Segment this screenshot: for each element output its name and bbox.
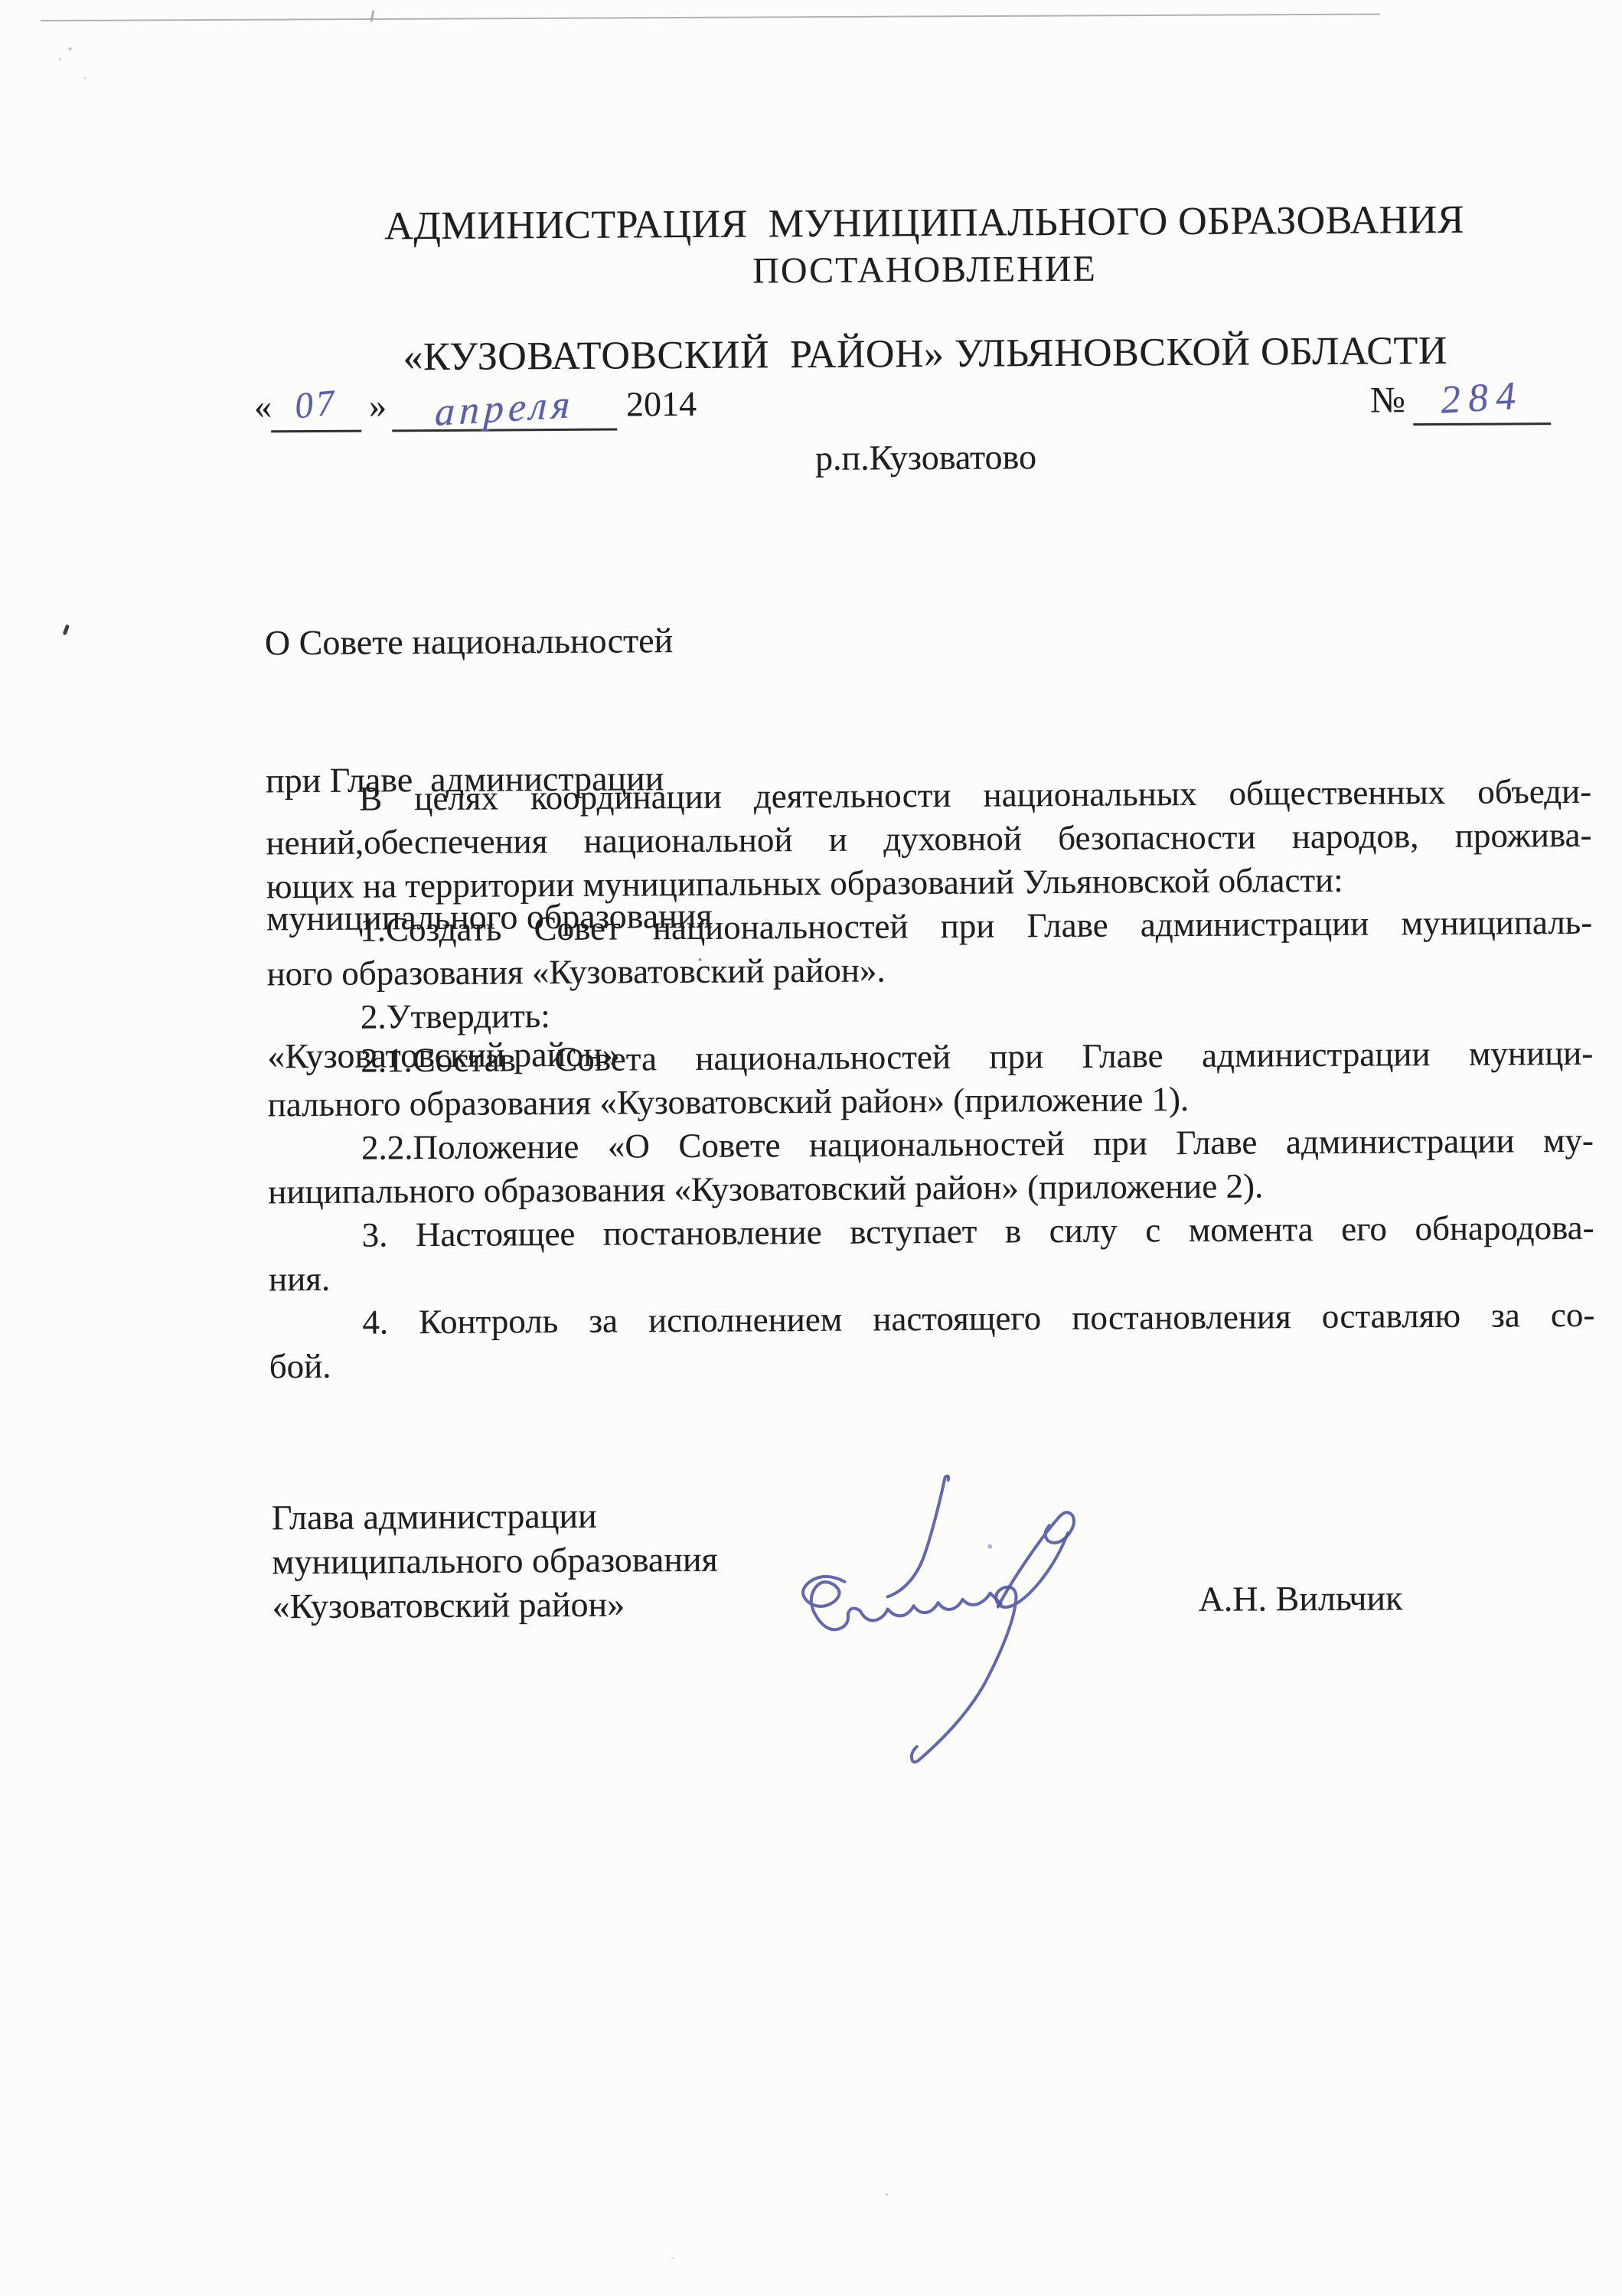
document-type-title: ПОСТАНОВЛЕНИЕ xyxy=(263,245,1587,295)
body-line: 2.Утвердить: xyxy=(267,988,1593,1040)
handwritten-day: 07 xyxy=(293,381,340,427)
body-line: В целях координации деятельности национа… xyxy=(266,770,1591,822)
scan-artifact-tick xyxy=(370,10,374,21)
org-name-line2: «КУЗОВАТОВСКИЙ РАЙОН» УЛЬЯНОВСКОЙ ОБЛАСТ… xyxy=(263,328,1588,380)
signatory-name: А.Н. Вильчик xyxy=(1198,1577,1402,1619)
body-line: пального образования «Кузоватовский райо… xyxy=(267,1075,1593,1127)
place-line: р.п.Кузоватово xyxy=(263,433,1588,482)
signatory-title: Глава администрации муниципального образ… xyxy=(272,1493,718,1629)
body-line: 3. Настоящее постановление вступает в си… xyxy=(269,1206,1594,1258)
body-line: ющих на территории муниципальных образов… xyxy=(266,857,1592,909)
signature-stroke xyxy=(910,1533,1069,1763)
body-line: 4. Контроль за исполнением настоящего по… xyxy=(269,1293,1594,1345)
signatory-title-line: муниципального образования xyxy=(272,1538,718,1585)
body-line: ного образования «Кузоватовский район». xyxy=(266,944,1592,996)
scan-speck xyxy=(83,77,86,80)
signature-ink xyxy=(768,1464,1121,1780)
subject-line: О Совете национальностей xyxy=(265,618,711,667)
scan-speck xyxy=(671,2257,674,2259)
close-quote: » xyxy=(369,385,387,426)
scan-speck xyxy=(68,47,72,51)
scan-speck xyxy=(59,58,61,60)
date-number-row: « 07 » апреля 2014 № 284 xyxy=(0,378,1617,442)
body-line: ниципального образования «Кузоватовский … xyxy=(268,1163,1594,1215)
handwritten-month: апреля xyxy=(434,382,576,435)
handwritten-number: 284 xyxy=(1439,373,1524,423)
scan-artifact-line xyxy=(41,13,1380,21)
scan-artifact-mark xyxy=(63,624,70,635)
signature-stroke xyxy=(997,1512,1075,1606)
org-name-line1: АДМИНИСТРАЦИЯ МУНИЦИПАЛЬНОГО ОБРАЗОВАНИЯ xyxy=(262,197,1586,249)
year-label: 2014 xyxy=(626,383,697,425)
number-field: 284 xyxy=(1413,378,1551,426)
number-sign: № xyxy=(1370,379,1405,421)
signatory-title-line: «Кузоватовский район» xyxy=(272,1582,718,1629)
scanned-content: АДМИНИСТРАЦИЯ МУНИЦИПАЛЬНОГО ОБРАЗОВАНИЯ… xyxy=(0,0,1622,2296)
body-line: 2.1.Состав Совета национальностей при Гл… xyxy=(267,1032,1593,1084)
body-line: ния. xyxy=(269,1250,1594,1302)
body-line: нений,обеспечения национальной и духовно… xyxy=(266,814,1591,866)
body-line: 2.2.Положение «О Совете национальностей … xyxy=(268,1119,1594,1171)
signatory-title-line: Глава администрации xyxy=(272,1493,718,1541)
body-line: бой. xyxy=(269,1337,1595,1389)
body-text: В целях координации деятельности национа… xyxy=(266,770,1595,1389)
body-line: 1.Создать Совет национальностей при Глав… xyxy=(266,901,1592,953)
signature-stroke xyxy=(803,1575,1001,1629)
month-field: апреля xyxy=(392,384,617,432)
open-quote: « xyxy=(254,386,272,426)
scan-speck xyxy=(885,2193,888,2196)
ink-dot xyxy=(987,1544,992,1549)
signature-stroke xyxy=(887,1476,949,1597)
day-field: 07 xyxy=(271,386,361,433)
document-page: АДМИНИСТРАЦИЯ МУНИЦИПАЛЬНОГО ОБРАЗОВАНИЯ… xyxy=(0,0,1622,2296)
